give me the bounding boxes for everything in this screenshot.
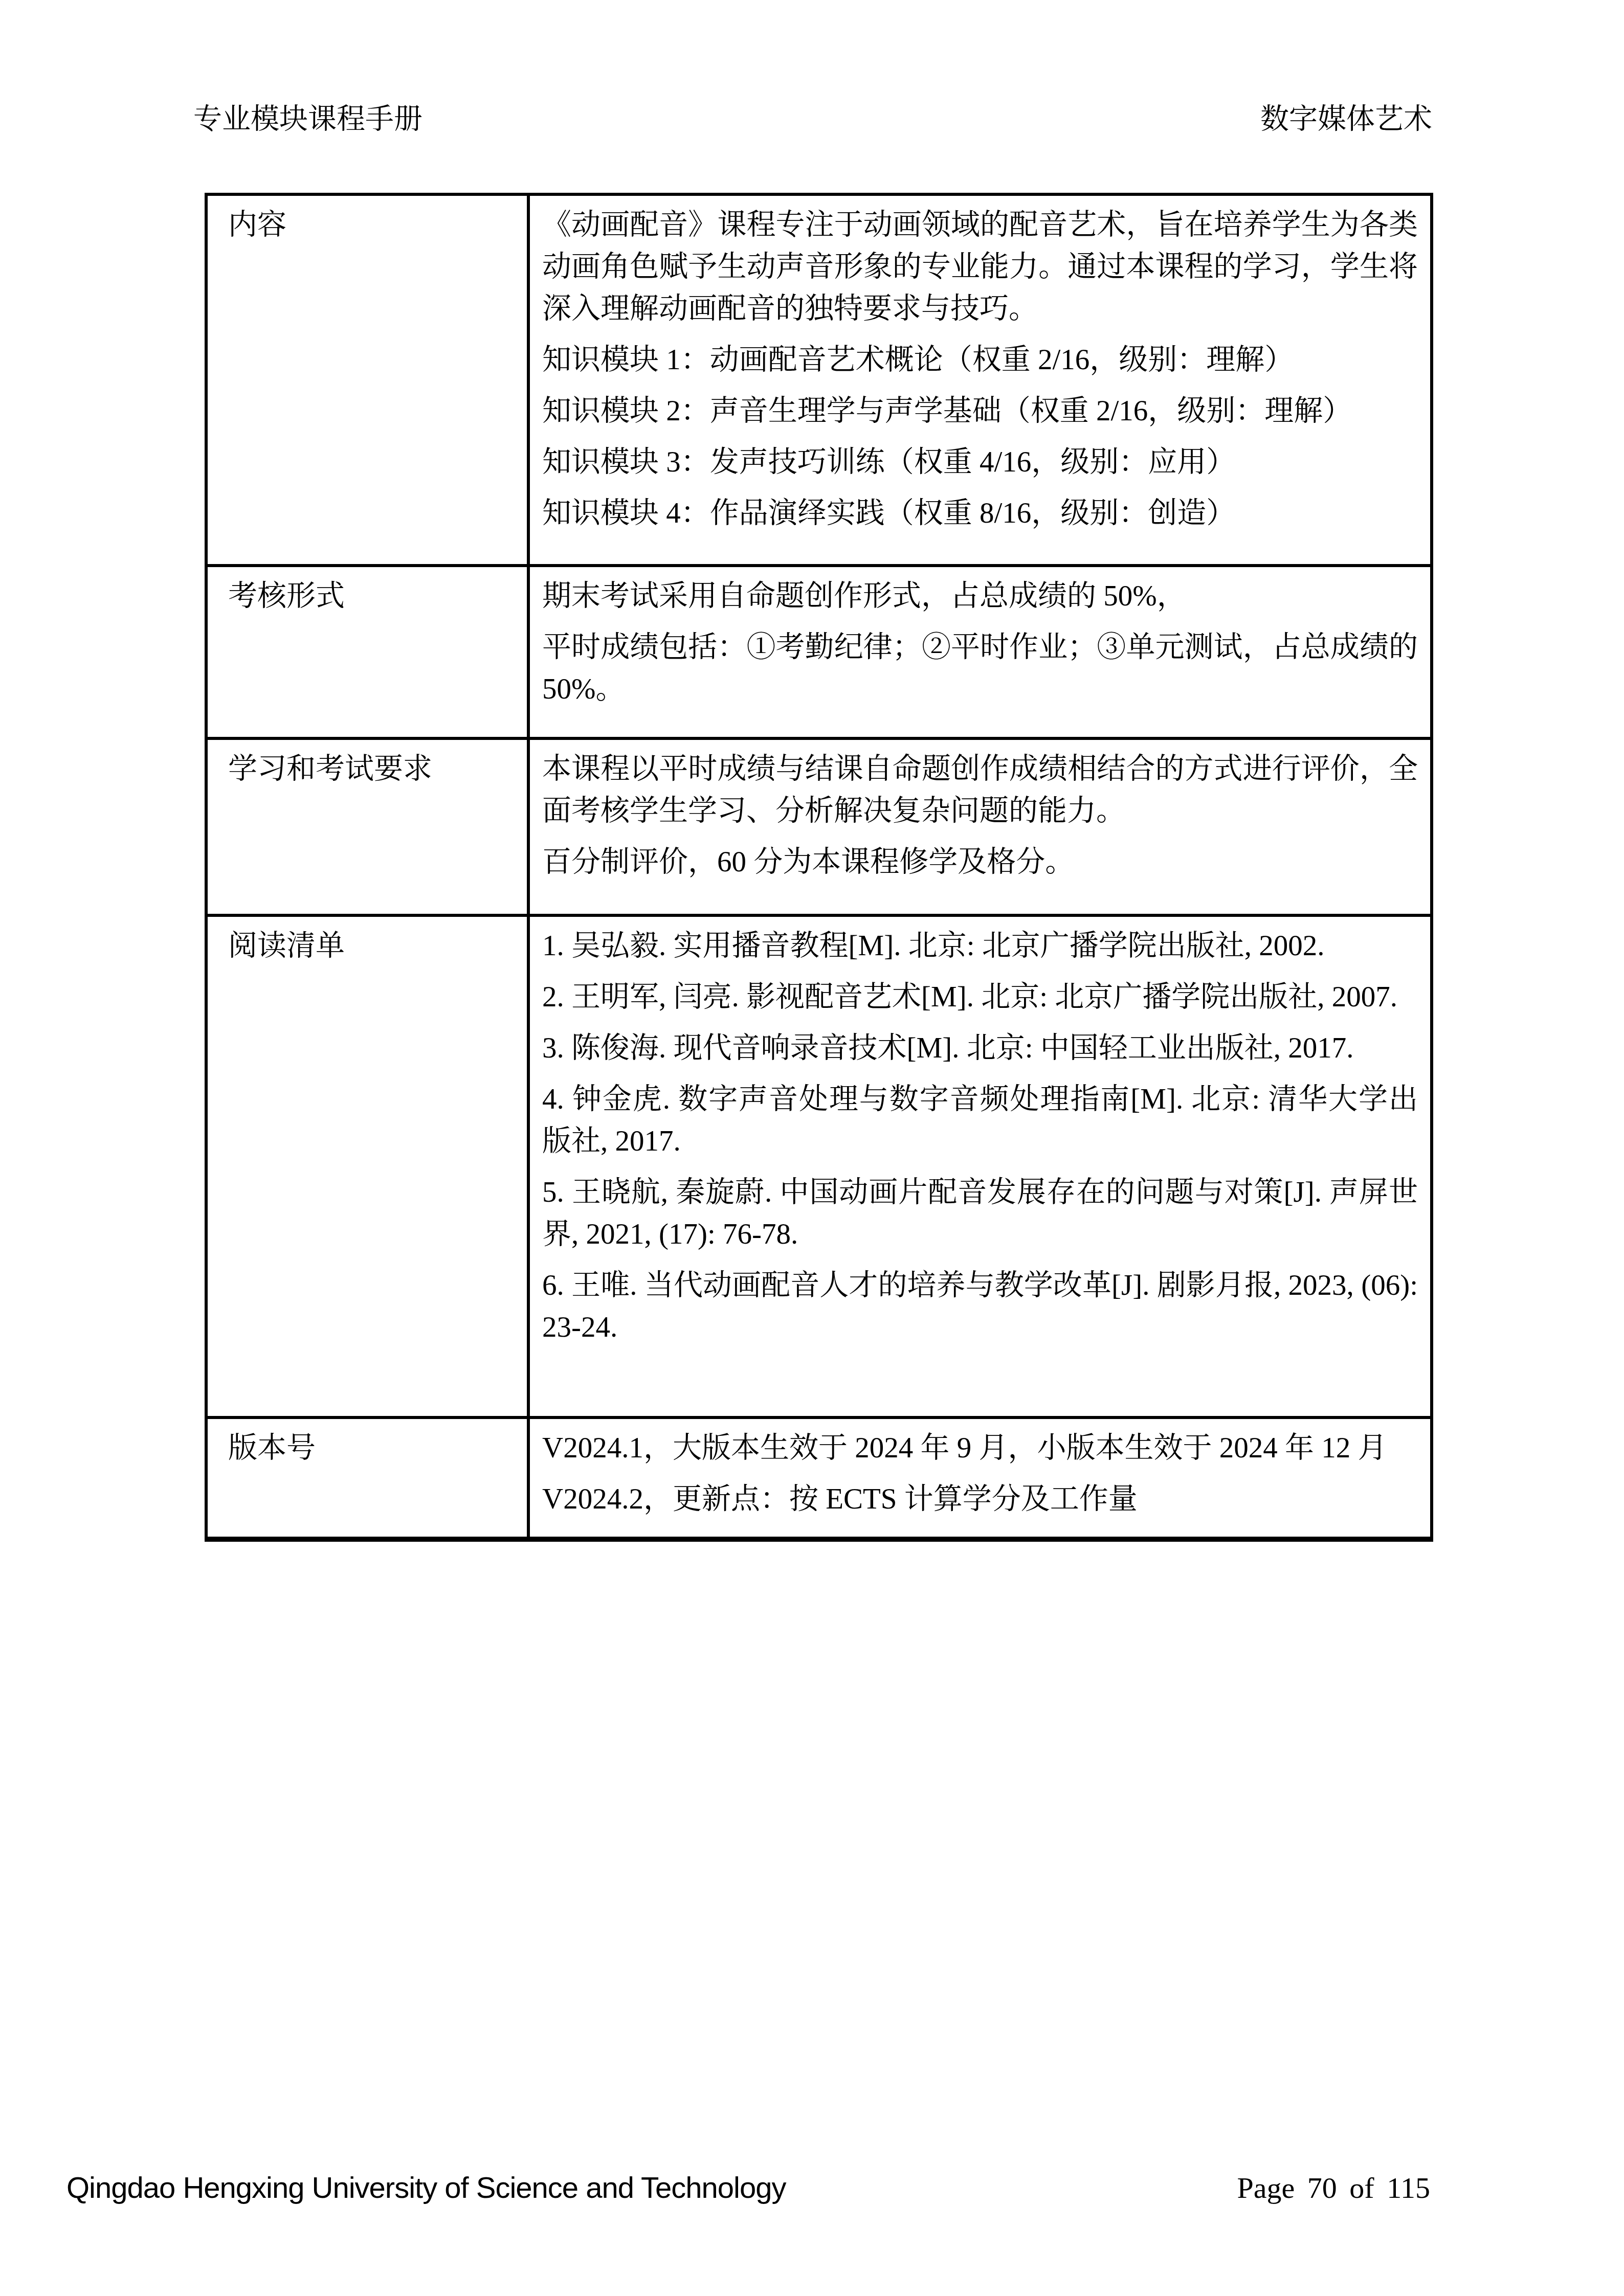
table-row-content: 内容 《动画配音》课程专注于动画领域的配音艺术，旨在培养学生为各类动画角色赋予生… xyxy=(206,194,1432,566)
row-label-assessment-form: 考核形式 xyxy=(206,566,528,738)
version-line-1: V2024.1，大版本生效于 2024 年 9 月，小版本生效于 2024 年 … xyxy=(542,1427,1418,1469)
course-info-table: 内容 《动画配音》课程专注于动画领域的配音艺术，旨在培养学生为各类动画角色赋予生… xyxy=(205,193,1433,1542)
reading-list-item-6: 6. 王唯. 当代动画配音人才的培养与教学改革[J]. 剧影月报, 2023, … xyxy=(542,1265,1418,1348)
reading-list-item-1: 1. 吴弘毅. 实用播音教程[M]. 北京: 北京广播学院出版社, 2002. xyxy=(542,925,1418,967)
requirements-passing-score-paragraph: 百分制评价，60 分为本课程修学及格分。 xyxy=(542,841,1418,883)
assessment-final-exam-paragraph: 期末考试采用自命题创作形式，占总成绩的 50%， xyxy=(542,575,1418,617)
row-value-content: 《动画配音》课程专注于动画领域的配音艺术，旨在培养学生为各类动画角色赋予生动声音… xyxy=(528,194,1432,566)
table-row-version-number: 版本号 V2024.1，大版本生效于 2024 年 9 月，小版本生效于 202… xyxy=(206,1417,1432,1539)
reading-list-item-5: 5. 王晓航, 秦旋蔚. 中国动画片配音发展存在的问题与对策[J]. 声屏世界,… xyxy=(542,1172,1418,1255)
row-value-version-number: V2024.1，大版本生效于 2024 年 9 月，小版本生效于 2024 年 … xyxy=(528,1417,1432,1539)
reading-list-item-4: 4. 钟金虎. 数字声音处理与数字音频处理指南[M]. 北京: 清华大学出版社,… xyxy=(542,1078,1418,1162)
row-label-version-number: 版本号 xyxy=(206,1417,528,1539)
knowledge-module-2: 知识模块 2：声音生理学与声学基础（权重 2/16，级别：理解） xyxy=(542,390,1418,432)
table-row-study-exam-requirements: 学习和考试要求 本课程以平时成绩与结课自命题创作成绩相结合的方式进行评价，全面考… xyxy=(206,738,1432,915)
row-label-content: 内容 xyxy=(206,194,528,566)
knowledge-module-4: 知识模块 4：作品演绎实践（权重 8/16，级别：创造） xyxy=(542,492,1418,534)
footer-university-name: Qingdao Hengxing University of Science a… xyxy=(66,2170,786,2207)
requirements-evaluation-paragraph: 本课程以平时成绩与结课自命题创作成绩相结合的方式进行评价，全面考核学生学习、分析… xyxy=(542,748,1418,832)
version-line-2: V2024.2，更新点：按 ECTS 计算学分及工作量 xyxy=(542,1478,1418,1520)
content-description-paragraph: 《动画配音》课程专注于动画领域的配音艺术，旨在培养学生为各类动画角色赋予生动声音… xyxy=(542,204,1418,330)
row-label-reading-list: 阅读清单 xyxy=(206,915,528,1417)
row-value-assessment-form: 期末考试采用自命题创作形式，占总成绩的 50%， 平时成绩包括：①考勤纪律；②平… xyxy=(528,566,1432,738)
table-row-assessment-form: 考核形式 期末考试采用自命题创作形式，占总成绩的 50%， 平时成绩包括：①考勤… xyxy=(206,566,1432,738)
assessment-regular-grade-paragraph: 平时成绩包括：①考勤纪律；②平时作业；③单元测试，占总成绩的 50%。 xyxy=(542,626,1418,710)
page: 专业模块课程手册 数字媒体艺术 内容 《动画配音》课程专注于动画领域的配音艺术，… xyxy=(0,0,1624,2296)
knowledge-module-1: 知识模块 1：动画配音艺术概论（权重 2/16，级别：理解） xyxy=(542,339,1418,381)
reading-list-item-3: 3. 陈俊海. 现代音响录音技术[M]. 北京: 中国轻工业出版社, 2017. xyxy=(542,1027,1418,1069)
reading-list-item-2: 2. 王明军, 闫亮. 影视配音艺术[M]. 北京: 北京广播学院出版社, 20… xyxy=(542,976,1418,1018)
knowledge-module-3: 知识模块 3：发声技巧训练（权重 4/16，级别：应用） xyxy=(542,441,1418,483)
row-value-study-exam-requirements: 本课程以平时成绩与结课自命题创作成绩相结合的方式进行评价，全面考核学生学习、分析… xyxy=(528,738,1432,915)
header-program-title: 数字媒体艺术 xyxy=(1260,102,1432,136)
header-handbook-title: 专业模块课程手册 xyxy=(193,102,422,136)
table-row-reading-list: 阅读清单 1. 吴弘毅. 实用播音教程[M]. 北京: 北京广播学院出版社, 2… xyxy=(206,915,1432,1417)
row-label-study-exam-requirements: 学习和考试要求 xyxy=(206,738,528,915)
footer-page-number: Page 70 of 115 xyxy=(1237,2170,1430,2207)
row-value-reading-list: 1. 吴弘毅. 实用播音教程[M]. 北京: 北京广播学院出版社, 2002. … xyxy=(528,915,1432,1417)
